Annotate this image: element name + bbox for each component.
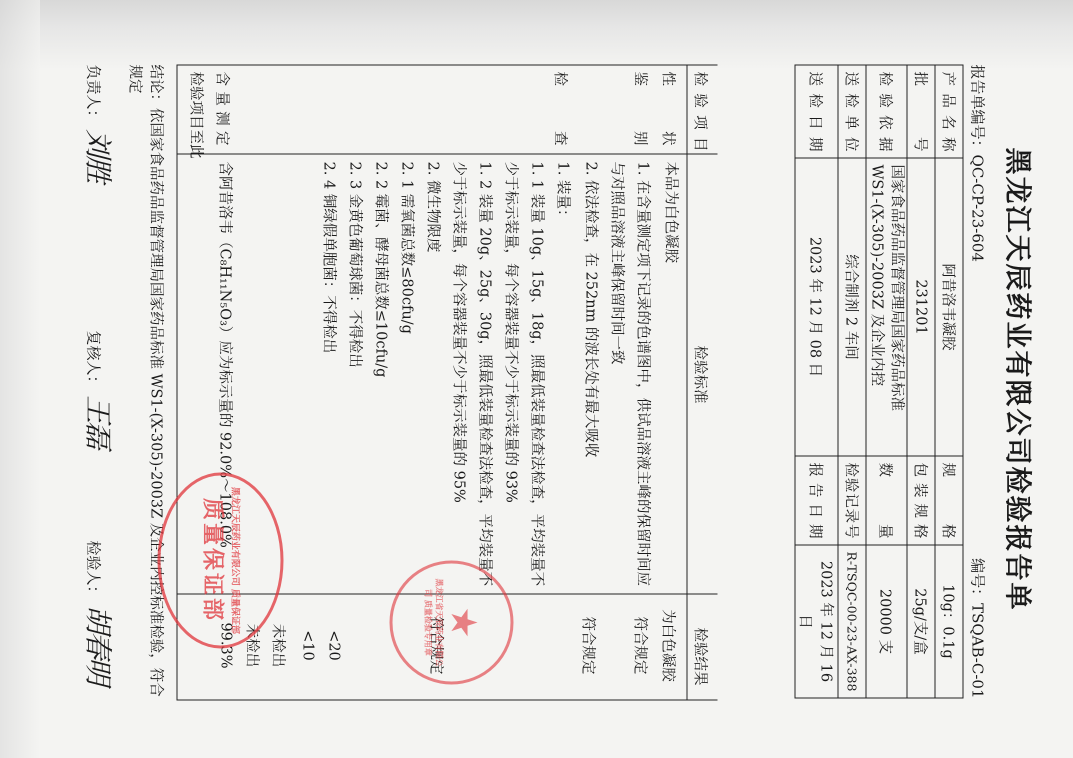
info-row: 检验依据 国家食品药品监督管理局国家药品标准 WS1-(X-305)-2003Z… xyxy=(866,65,907,698)
report-title: 黑龙江天辰药业有限公司检验报告单 xyxy=(1000,0,1039,758)
inspection-result-mold: <10 xyxy=(299,597,315,693)
reviewer-label: 复核人： xyxy=(84,330,102,390)
conclusion: 结论：依国家食品药品监督管理局国家药品标准 WS1-(X-305)-2003Z … xyxy=(125,64,167,704)
basis-label: 检验依据 xyxy=(866,65,907,158)
info-row: 批号 231201 包装规格 25g/支/盒 xyxy=(907,65,935,698)
document-code-label: 编号： xyxy=(968,558,986,603)
identification-result-1: 符合规定 xyxy=(630,597,651,693)
identification-standard: 1. 在含量测定项下记录的色谱图中，供试品溶液主峰的保留时间应与对照品溶液主峰保… xyxy=(577,161,655,591)
identification-line: 2. 依法检查，在 252nm 的波长处有最大吸收 xyxy=(577,161,603,591)
header-result: 检验结果 xyxy=(690,627,711,685)
tests-header: 检验项目 检验标准 检验结果 xyxy=(686,65,717,699)
record-value: R-TSQC-00-23-AX-388 xyxy=(838,545,866,698)
package-value: 25g/支/盒 xyxy=(907,545,935,698)
responsible-label: 负责人： xyxy=(84,64,102,124)
batch-label: 批号 xyxy=(907,65,935,158)
qa-stamp-text: 黑龙江天辰药业有限公司 质量保证部 xyxy=(229,485,242,635)
column-divider xyxy=(177,153,717,154)
info-table: 产品名称 阿昔洛韦凝胶 规格 10g：0.1g 批号 231201 包装规格 2… xyxy=(794,64,963,698)
qc-stamp-text: 黑龙江省天辰药业有限公司 质量检验专用章 xyxy=(422,577,444,667)
document-code: 编号：TSQAB-C-01 xyxy=(967,558,988,698)
inspector-signature: 检验人： 胡春明 xyxy=(79,540,119,683)
inspection-line: 1. 装量： xyxy=(549,161,575,591)
record-label: 检验记录号 xyxy=(838,456,866,545)
report-number: 报告单编号：QC-CP-23-604 xyxy=(967,64,988,261)
qc-stamp: ★ 黑龙江省天辰药业有限公司 质量检验专用章 xyxy=(389,560,513,684)
identification-line: 1. 在含量测定项下记录的色谱图中，供试品溶液主峰的保留时间应与对照品溶液主峰保… xyxy=(603,161,655,591)
inspection-line: 1. 1 装量 10g、15g、18g，照最低装量检查法检查，平均装量不少于标示… xyxy=(497,161,549,591)
appearance-label: 性状 xyxy=(658,71,679,145)
submit-date-label: 送检日期 xyxy=(795,65,838,158)
end-note: 检验项目至此 xyxy=(186,71,207,171)
submit-date-value: 2023 年 12 月 08 日 xyxy=(795,158,838,456)
inspector-label: 检验人： xyxy=(84,540,102,600)
qa-stamp-main: 质量保证部 xyxy=(198,497,229,622)
report-date-value: 2023 年 12 月 16 日 xyxy=(795,545,838,698)
report-page: 黑龙江天辰药业有限公司检验报告单 报告单编号：QC-CP-23-604 编号：T… xyxy=(0,0,1073,758)
appearance-standard: 本品为白色凝胶 xyxy=(657,161,683,591)
inspection-line: 2. 微生物限度 xyxy=(419,161,445,591)
header-standard: 检验标准 xyxy=(690,345,711,403)
info-row: 送检单位 综合制剂 2 车间 检验记录号 R-TSQC-00-23-AX-388 xyxy=(838,65,866,698)
dept-value: 综合制剂 2 车间 xyxy=(838,158,866,456)
info-row: 送检日期 2023 年 12 月 08 日 报告日期 2023 年 12 月 1… xyxy=(795,65,838,698)
inspection-line: 2. 4 铜绿假单胞菌：不得检出 xyxy=(315,161,341,591)
basis-value: 国家食品药品监督管理局国家药品标准 WS1-(X-305)-2003Z 及企业内… xyxy=(866,158,907,456)
quantity-label: 数量 xyxy=(866,456,907,545)
reviewer-signature: 复核人： 王磊 xyxy=(79,330,119,447)
responsible-signature: 负责人： 刘胜 xyxy=(79,64,119,181)
report-date-label: 报告日期 xyxy=(795,456,838,545)
inspection-line: 2. 1 需氧菌总数≤80cfu/g xyxy=(393,161,419,591)
inspection-line: 1. 2 装量 20g、25g、30g，照最低装量检查法检查，平均装量不少于标示… xyxy=(445,161,497,591)
inspection-result-aerobic: <20 xyxy=(325,597,341,693)
stamp-star-icon: ★ xyxy=(444,606,480,638)
responsible-handwriting: 刘胜 xyxy=(81,129,114,181)
inspection-line: 2. 3 金黄色葡萄球菌：不得检出 xyxy=(341,161,367,591)
appearance-result: 为白色凝胶 xyxy=(658,597,679,693)
quantity-value: 20000 支 xyxy=(866,545,907,698)
inspection-standard: 1. 装量： 1. 1 装量 10g、15g、18g，照最低装量检查法检查，平均… xyxy=(315,161,575,591)
document-code-value: TSQAB-C-01 xyxy=(968,603,986,698)
info-row: 产品名称 阿昔洛韦凝胶 规格 10g：0.1g xyxy=(935,65,963,698)
product-name-value: 阿昔洛韦凝胶 xyxy=(935,158,963,456)
reviewer-handwriting: 王磊 xyxy=(81,395,114,447)
inspection-line: 2. 2 霉菌、酵母菌总数≤10cfu/g xyxy=(367,161,393,591)
package-label: 包装规格 xyxy=(907,456,935,545)
report-number-label: 报告单编号： xyxy=(968,64,986,154)
identification-result-2: 符合规定 xyxy=(578,597,599,693)
identification-label: 鉴别 xyxy=(630,71,651,145)
inspection-label: 检查 xyxy=(550,71,571,145)
product-name-label: 产品名称 xyxy=(935,65,963,158)
header-item: 检验项目 xyxy=(690,71,711,151)
inspector-handwriting: 胡春明 xyxy=(81,605,114,683)
dept-label: 送检单位 xyxy=(838,65,866,158)
spec-value: 10g：0.1g xyxy=(935,545,963,698)
batch-value: 231201 xyxy=(907,158,935,456)
report-number-value: QC-CP-23-604 xyxy=(968,154,986,261)
spec-label: 规格 xyxy=(935,456,963,545)
assay-label: 含量测定 xyxy=(212,71,233,145)
qa-stamp: 黑龙江天辰药业有限公司 质量保证部 质量保证部 xyxy=(157,472,283,648)
